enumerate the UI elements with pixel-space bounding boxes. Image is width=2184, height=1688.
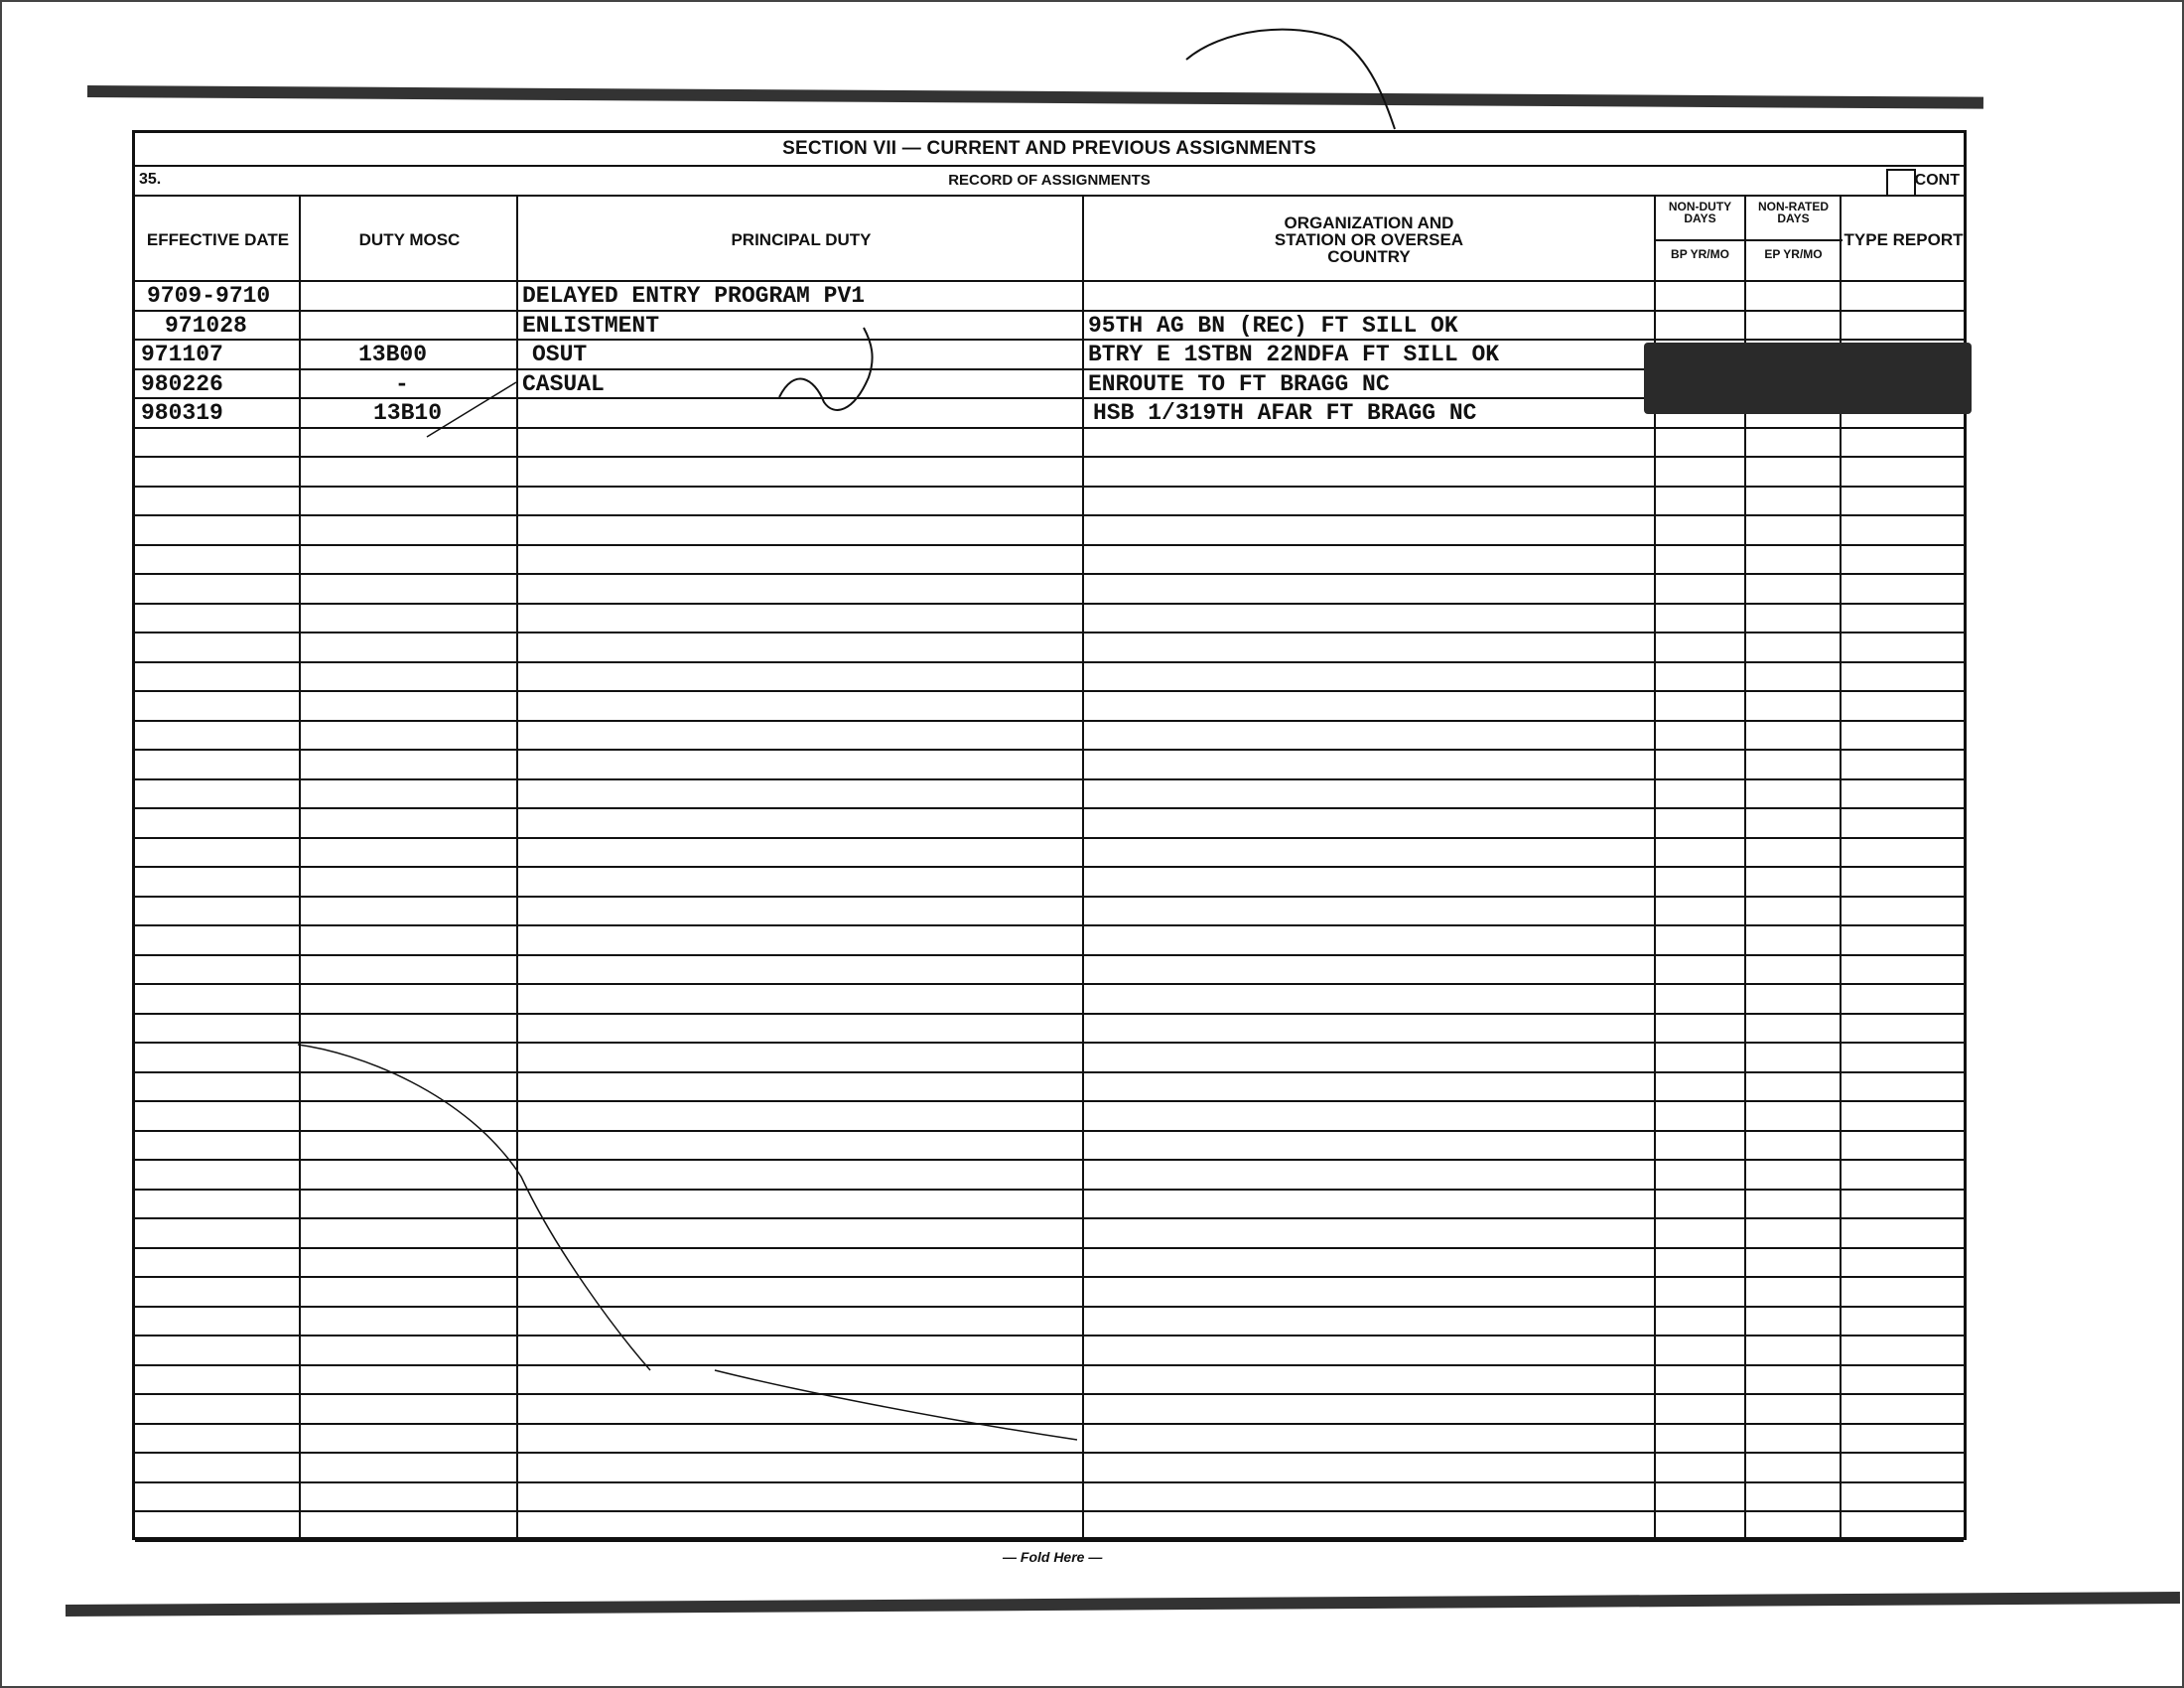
pen-marks	[0, 0, 2184, 1688]
